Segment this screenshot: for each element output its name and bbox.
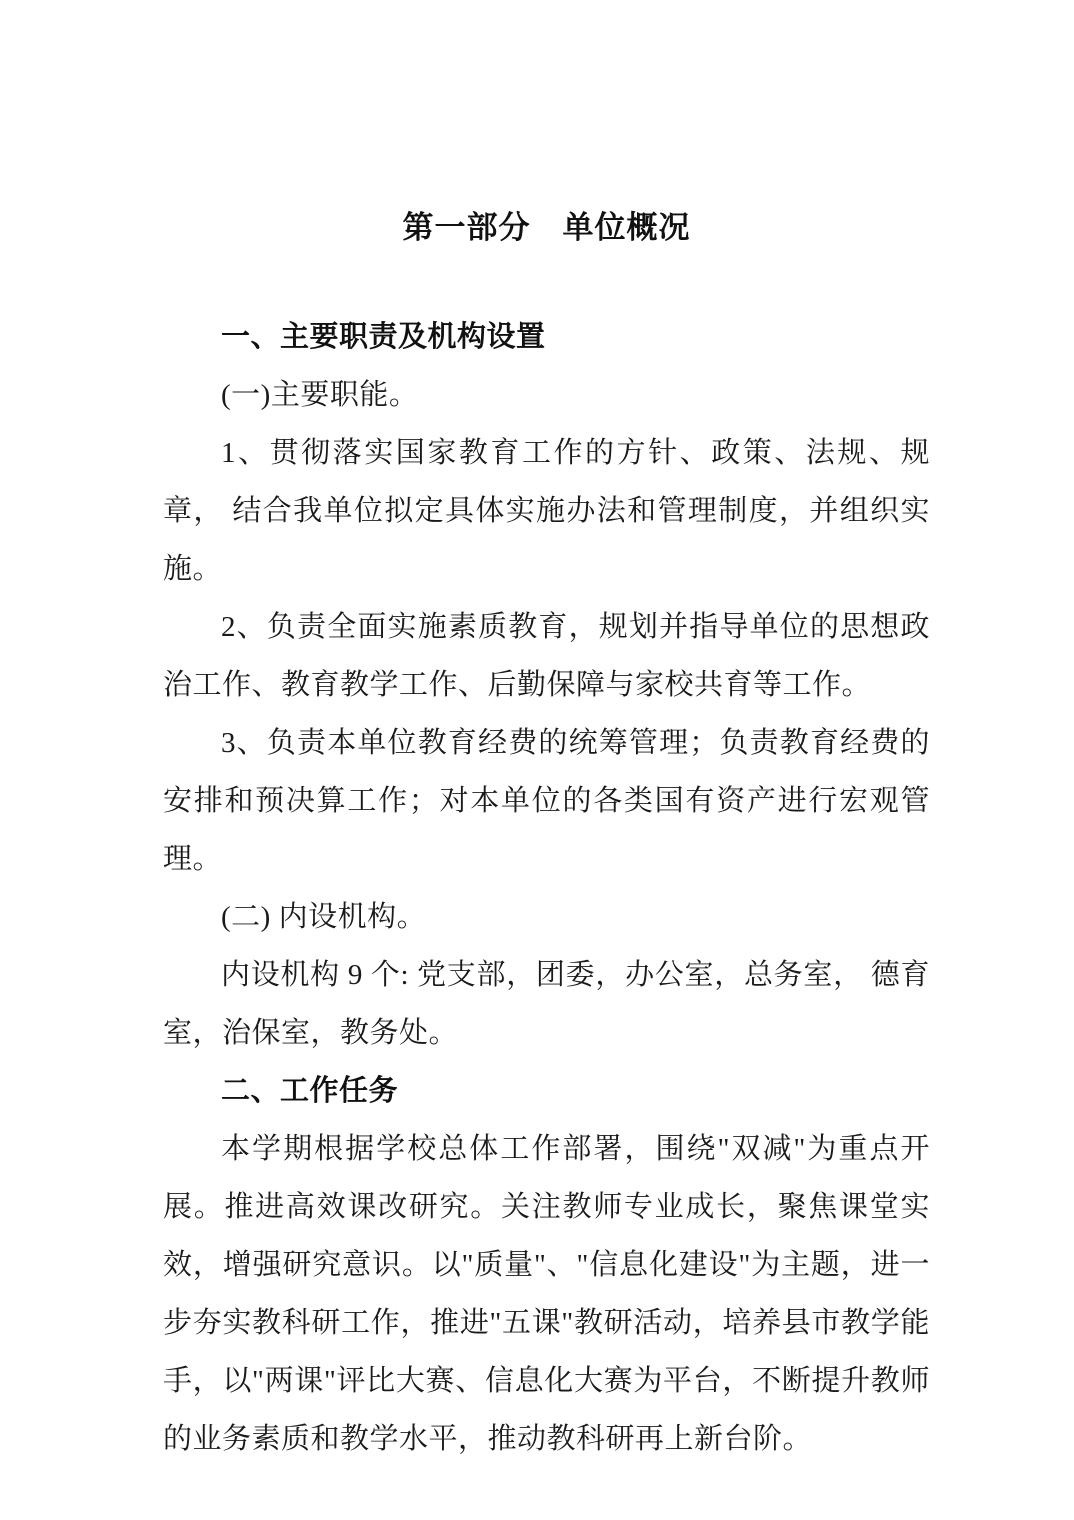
section-heading-work-tasks: 二、工作任务	[163, 1062, 930, 1120]
document-page: 第一部分 单位概况 一、主要职责及机构设置 (一)主要职能。 1、贯彻落实国家教…	[0, 0, 1074, 1520]
paragraph-function-3: 3、负责本单位教育经费的统筹管理；负责教育经费的安排和预决算工作；对本单位的各类…	[163, 714, 930, 888]
paragraph-work-tasks: 本学期根据学校总体工作部署，围绕"双减"为重点开展。推进高效课改研究。关注教师专…	[163, 1120, 930, 1468]
subsection-heading-main-functions: (一)主要职能。	[163, 366, 930, 424]
subsection-heading-internal-organs: (二) 内设机构。	[163, 888, 930, 946]
paragraph-function-2: 2、负责全面实施素质教育，规划并指导单位的思想政治工作、教育教学工作、后勤保障与…	[163, 598, 930, 714]
paragraph-internal-organs-list: 内设机构 9 个: 党支部，团委，办公室，总务室， 德育室，治保室，教务处。	[163, 946, 930, 1062]
paragraph-function-1: 1、贯彻落实国家教育工作的方针、政策、法规、规章， 结合我单位拟定具体实施办法和…	[163, 424, 930, 598]
document-title: 第一部分 单位概况	[163, 198, 930, 258]
section-heading-duties: 一、主要职责及机构设置	[163, 308, 930, 366]
